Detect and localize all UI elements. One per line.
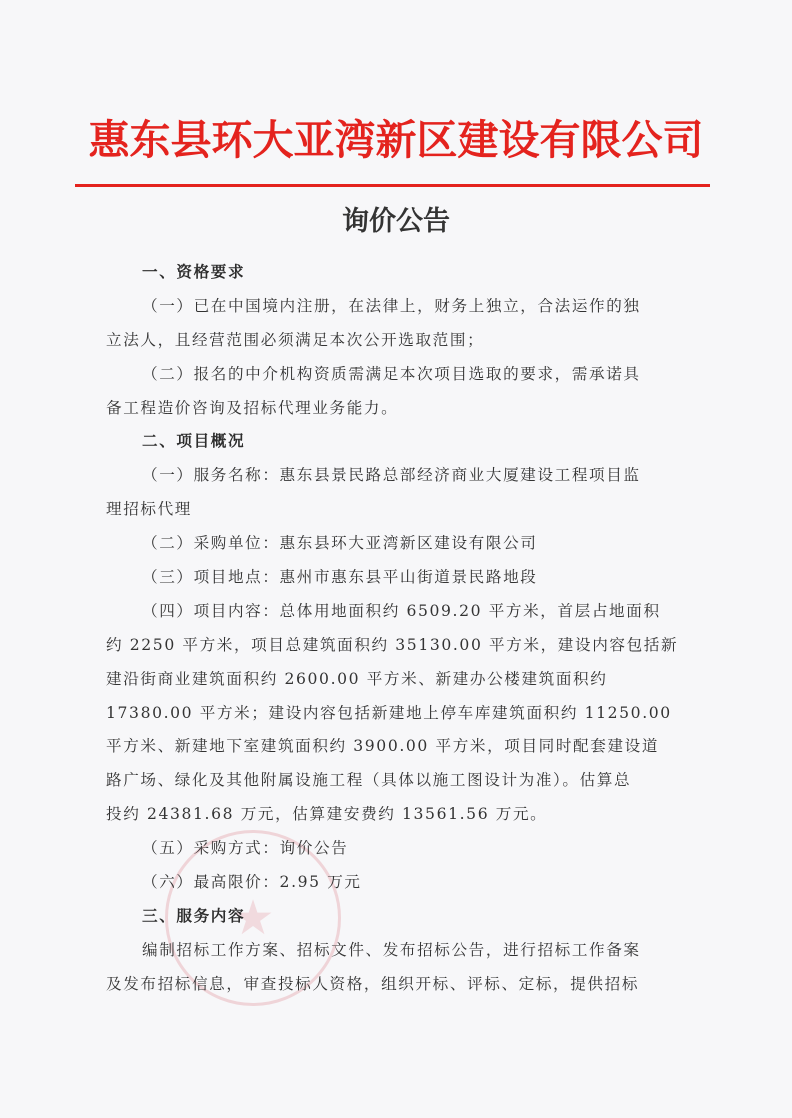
paragraph-line: （五）采购方式：询价公告 <box>106 832 712 866</box>
paragraph-line: 备工程造价咨询及招标代理业务能力。 <box>106 392 712 426</box>
paragraph-line: （一）已在中国境内注册，在法律上，财务上独立，合法运作的独 <box>106 290 712 324</box>
paragraph-line: 约 2250 平方米，项目总建筑面积约 35130.00 平方米，建设内容包括新 <box>106 629 712 663</box>
paragraph-line: （三）项目地点：惠州市惠东县平山街道景民路地段 <box>106 561 712 595</box>
letterhead-company-name: 惠东县环大亚湾新区建设有限公司 <box>0 112 792 168</box>
paragraph-line: （四）项目内容：总体用地面积约 6509.20 平方米，首层占地面积 <box>106 595 712 629</box>
section-heading-project-overview: 二、项目概况 <box>106 425 712 459</box>
paragraph-line: 理招标代理 <box>106 493 712 527</box>
paragraph-line: （二）报名的中介机构资质需满足本次项目选取的要求，需承诺具 <box>106 358 712 392</box>
document-title: 询价公告 <box>0 200 792 244</box>
paragraph-line: 建沿街商业建筑面积约 2600.00 平方米、新建办公楼建筑面积约 <box>106 663 712 697</box>
document-page: 惠东县环大亚湾新区建设有限公司 询价公告 ★ 一、资格要求 （一）已在中国境内注… <box>0 0 792 1118</box>
paragraph-line: （二）采购单位：惠东县环大亚湾新区建设有限公司 <box>106 527 712 561</box>
paragraph-line: 编制招标工作方案、招标文件、发布招标公告，进行招标工作备案 <box>106 934 712 968</box>
paragraph-line: 平方米、新建地下室建筑面积约 3900.00 平方米，项目同时配套建设道 <box>106 730 712 764</box>
section-heading-qualifications: 一、资格要求 <box>106 256 712 290</box>
document-body: 一、资格要求 （一）已在中国境内注册，在法律上，财务上独立，合法运作的独 立法人… <box>106 256 712 1002</box>
paragraph-line: 17380.00 平方米；建设内容包括新建地上停车库建筑面积约 11250.00 <box>106 697 712 731</box>
paragraph-line: 及发布招标信息，审查投标人资格，组织开标、评标、定标，提供招标 <box>106 968 712 1002</box>
paragraph-line: 投约 24381.68 万元，估算建安费约 13561.56 万元。 <box>106 798 712 832</box>
paragraph-line: （六）最高限价：2.95 万元 <box>106 866 712 900</box>
paragraph-line: 立法人，且经营范围必须满足本次公开选取范围； <box>106 324 712 358</box>
paragraph-line: （一）服务名称：惠东县景民路总部经济商业大厦建设工程项目监 <box>106 459 712 493</box>
letterhead-red-rule <box>75 184 710 187</box>
paragraph-line: 路广场、绿化及其他附属设施工程（具体以施工图设计为准）。估算总 <box>106 764 712 798</box>
section-heading-service-content: 三、服务内容 <box>106 900 712 934</box>
